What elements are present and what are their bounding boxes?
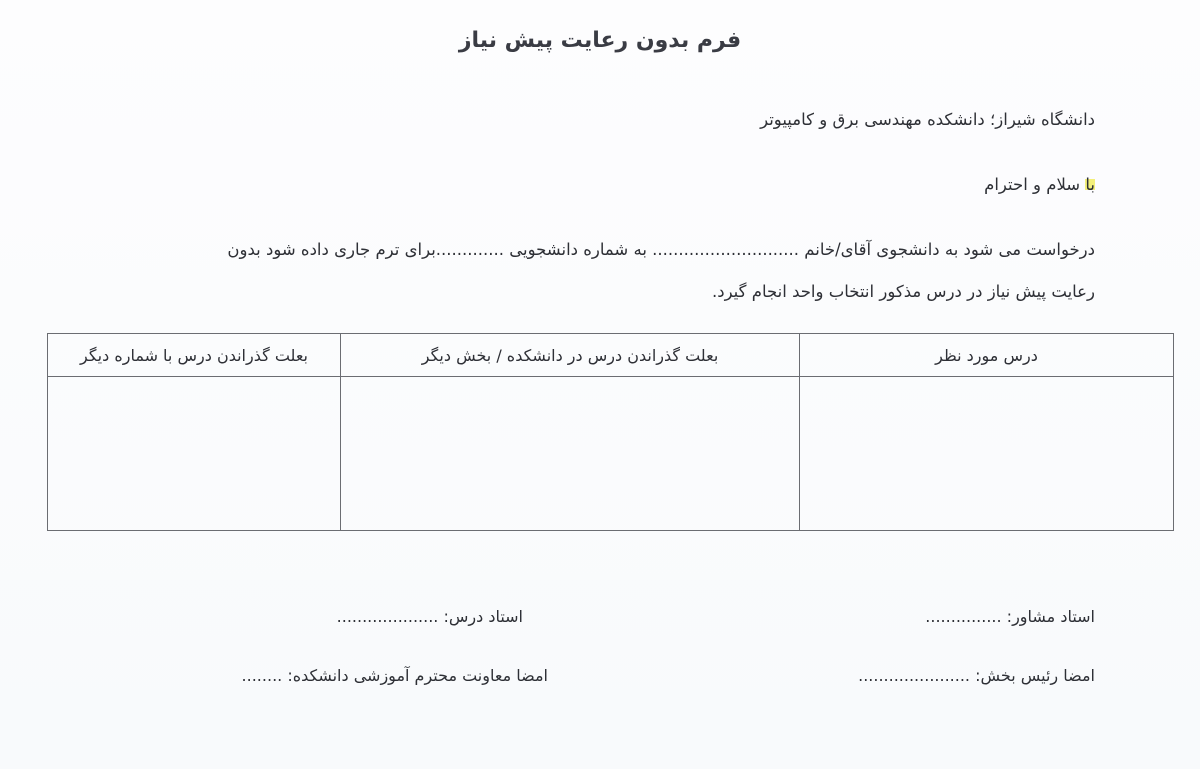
document-page: فرم بدون رعایت پیش نیاز دانشگاه شیراز؛ د… bbox=[0, 0, 1200, 769]
instructor-signature: استاد درس: .................... bbox=[337, 607, 523, 626]
advisor-signature: استاد مشاور: ............... bbox=[925, 607, 1095, 626]
header-other-department: بعلت گذراندن درس در دانشکده / بخش دیگر bbox=[341, 334, 800, 377]
cell-other-department[interactable] bbox=[341, 377, 800, 531]
address-line: دانشگاه شیراز؛ دانشکده مهندسی برق و کامپ… bbox=[760, 110, 1095, 129]
request-line-1: درخواست می شود به دانشجوی آقای/خانم ....… bbox=[227, 240, 1095, 259]
header-other-number: بعلت گذراندن درس با شماره دیگر bbox=[48, 334, 341, 377]
vice-dean-signature: امضا معاونت محترم آموزشی دانشکده: ......… bbox=[242, 666, 548, 685]
highlighted-word: با bbox=[1085, 175, 1095, 194]
table-row bbox=[48, 377, 1174, 531]
form-title: فرم بدون رعایت پیش نیاز bbox=[0, 28, 1200, 53]
department-head-signature: امضا رئیس بخش: ...................... bbox=[858, 666, 1095, 685]
table-header-row: درس مورد نظر بعلت گذراندن درس در دانشکده… bbox=[48, 334, 1174, 377]
greeting-text: سلام و احترام bbox=[984, 175, 1085, 194]
cell-other-number[interactable] bbox=[48, 377, 341, 531]
request-line-2: رعایت پیش نیاز در درس مذکور انتخاب واحد … bbox=[712, 282, 1095, 301]
course-table: درس مورد نظر بعلت گذراندن درس در دانشکده… bbox=[47, 333, 1174, 531]
header-course: درس مورد نظر bbox=[800, 334, 1174, 377]
greeting-line: با سلام و احترام bbox=[984, 175, 1095, 194]
cell-course[interactable] bbox=[800, 377, 1174, 531]
